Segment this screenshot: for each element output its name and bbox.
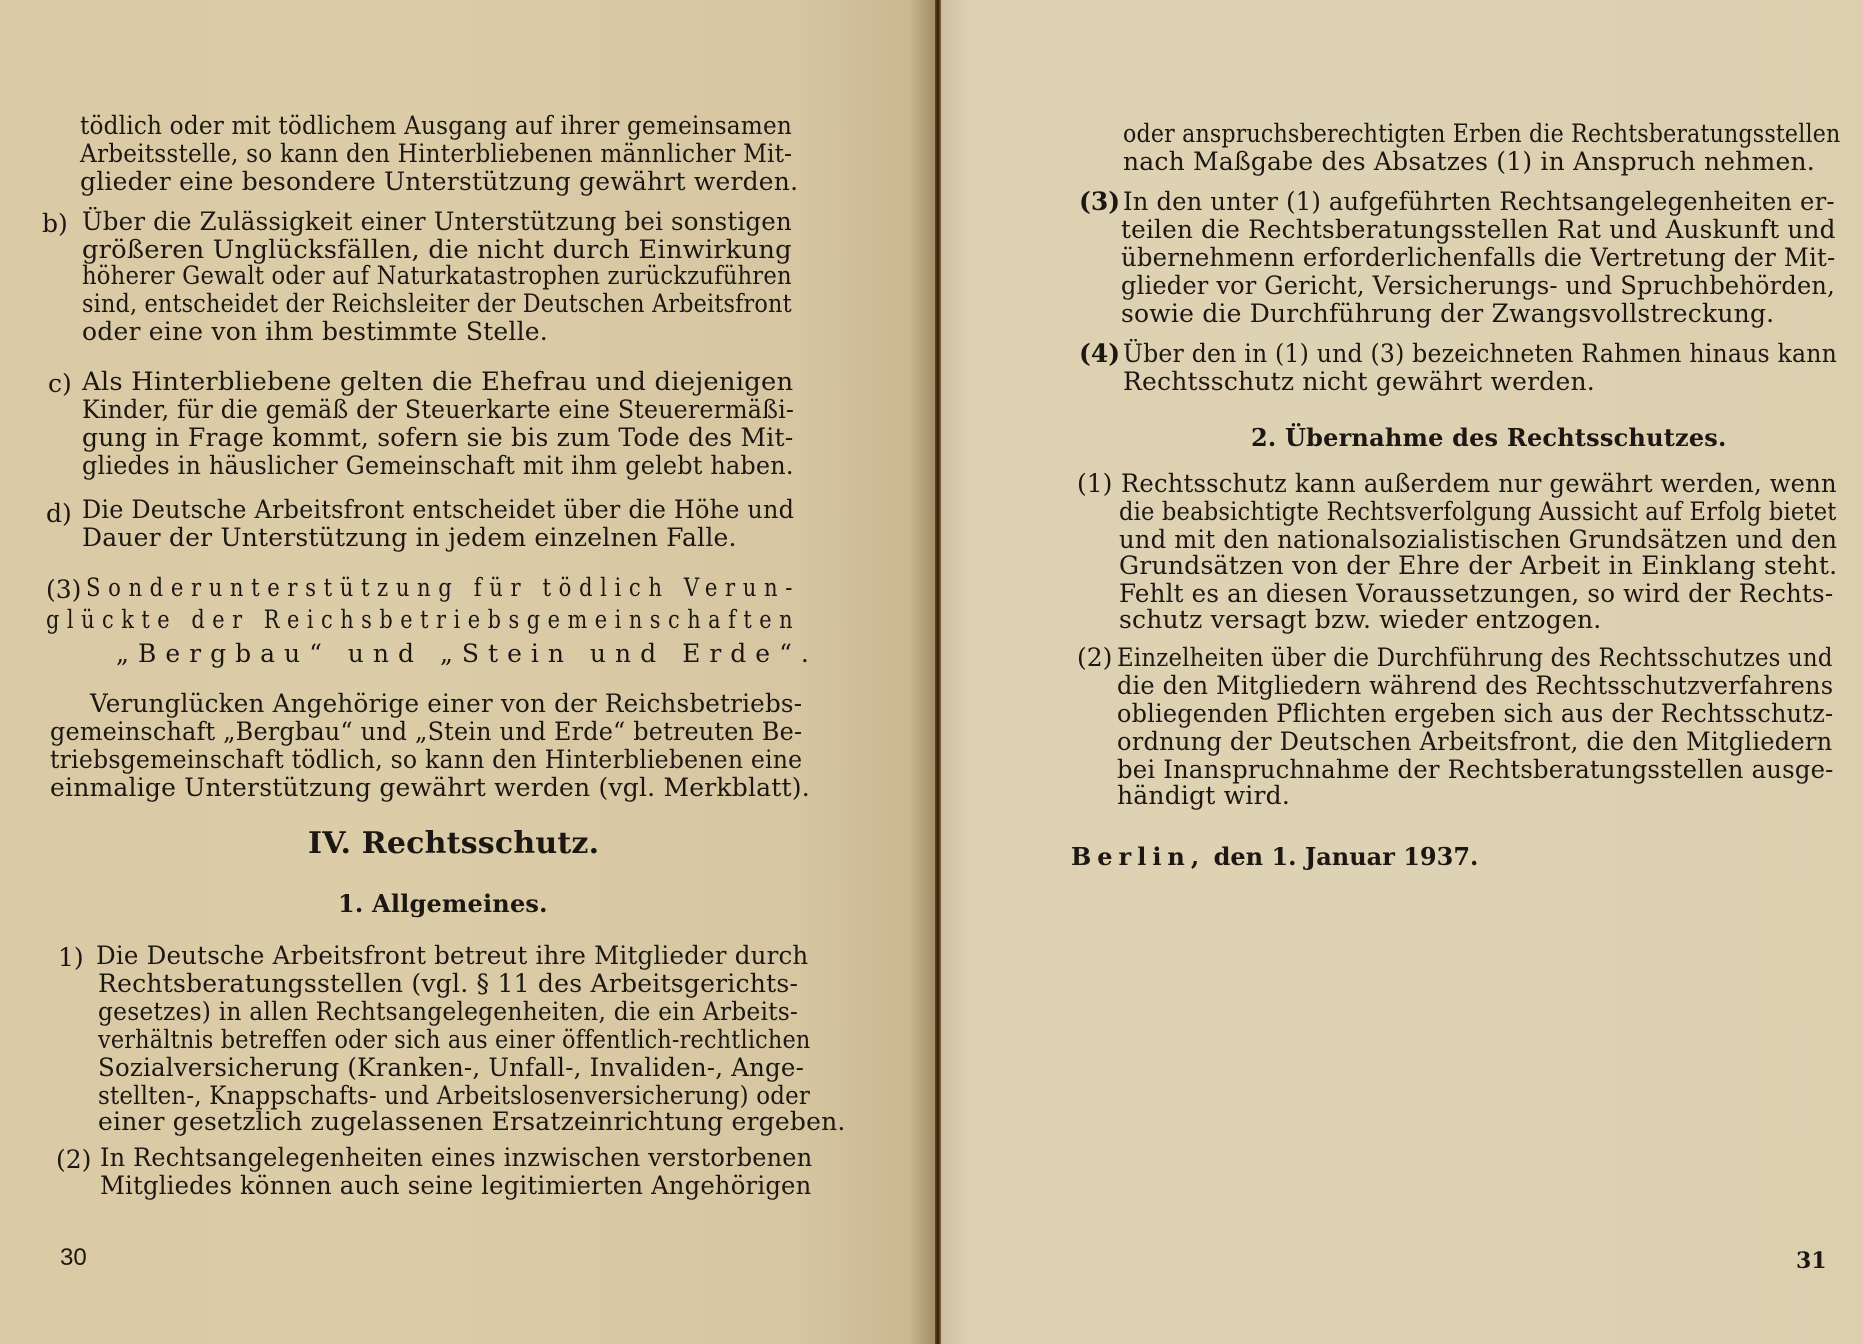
page-number: 31 <box>1796 1248 1827 1274</box>
text-line: oder eine von ihm bestimmte Stelle. <box>82 318 548 346</box>
text-line: Grundsätzen von der Ehre der Arbeit in E… <box>1119 552 1837 580</box>
text-line: teilen die Rechtsberatungsstellen Rat un… <box>1121 216 1836 244</box>
text-line: triebsgemeinschaft tödlich, so kann den … <box>50 746 802 774</box>
text-line: glieder vor Gericht, Versicherungs- und … <box>1121 272 1835 300</box>
item-label-1: 1) <box>58 944 84 972</box>
item-label-b: b) <box>42 210 68 238</box>
dateline-place: Berlin, <box>1071 842 1205 871</box>
page-number: 30 <box>60 1244 87 1272</box>
subsection-heading: 2. Übernahme des Rechtsschutzes. <box>1251 424 1727 452</box>
text-line: stellten-, Knappschafts- und Arbeitslose… <box>98 1082 810 1110</box>
text-line: glieder eine besondere Unterstützung gew… <box>80 168 798 196</box>
text-line: einmalige Unterstützung gewährt werden (… <box>50 774 810 802</box>
text-line: gung in Frage kommt, sofern sie bis zum … <box>82 424 793 452</box>
text-line: einer gesetzlich zugelassenen Ersatzeinr… <box>98 1108 846 1136</box>
text-line: Fehlt es an diesen Voraussetzungen, so w… <box>1119 580 1833 608</box>
text-line: In Rechtsangelegenheiten eines inzwische… <box>100 1144 812 1172</box>
text-line: ordnung der Deutschen Arbeitsfront, die … <box>1117 728 1832 756</box>
section-heading: IV. Rechtsschutz. <box>308 830 599 858</box>
text-line: händigt wird. <box>1117 782 1290 810</box>
text-line: Über den in (1) und (3) bezeichneten Rah… <box>1123 340 1837 368</box>
text-line: bei Inanspruchnahme der Rechtsberatungss… <box>1117 756 1834 784</box>
text-line: In den unter (1) aufgeführten Rechtsange… <box>1123 188 1835 216</box>
text-line: Arbeitsstelle, so kann den Hinterblieben… <box>80 140 792 168</box>
dateline: Berlin, den 1. Januar 1937. <box>1071 842 1478 871</box>
text-line: Rechtsschutz kann außerdem nur gewährt w… <box>1121 470 1837 498</box>
text-line: Rechtsberatungsstellen (vgl. § 11 des Ar… <box>98 970 798 998</box>
item-label-c: c) <box>48 370 72 398</box>
text-line: höherer Gewalt oder auf Naturkatastrophe… <box>82 262 792 290</box>
item-label-1: (1) <box>1077 470 1112 498</box>
text-line: sind, entscheidet der Reichsleiter der D… <box>82 290 792 318</box>
text-line: gesetzes) in allen Rechtsangelegenheiten… <box>98 998 798 1026</box>
text-line: Verunglücken Angehörige einer von der Re… <box>90 690 802 718</box>
text-line: Die Deutsche Arbeitsfront entscheidet üb… <box>82 496 794 524</box>
text-line: die beabsichtigte Rechtsverfolgung Aussi… <box>1119 498 1837 526</box>
text-line: Sonderunterstützung für tödlich Verun- <box>86 574 800 602</box>
text-line: Die Deutsche Arbeitsfront betreut ihre M… <box>96 942 808 970</box>
dateline-date: den 1. Januar 1937. <box>1214 842 1479 871</box>
text-line: gemeinschaft „Bergbau“ und „Stein und Er… <box>50 718 802 746</box>
right-page: oder anspruchsberechtigten Erben die Rec… <box>941 0 1862 1344</box>
text-line: glückte der Reichsbetriebsgemeinschaften <box>46 606 800 634</box>
text-line: nach Maßgabe des Absatzes (1) in Anspruc… <box>1123 148 1815 176</box>
text-line: und mit den nationalsozialistischen Grun… <box>1119 526 1837 554</box>
text-line: Sozialversicherung (Kranken-, Unfall-, I… <box>98 1054 804 1082</box>
text-line: gliedes in häuslicher Gemeinschaft mit i… <box>82 452 794 480</box>
text-line: Als Hinterbliebene gelten die Ehefrau un… <box>82 368 793 396</box>
text-line: verhältnis betreffen oder sich aus einer… <box>98 1026 811 1054</box>
section-label-3: (3) <box>46 576 81 604</box>
subsection-heading: 1. Allgemeines. <box>338 890 548 918</box>
item-label-d: d) <box>46 500 72 528</box>
item-label-3: (3) <box>1079 188 1120 216</box>
text-line: sowie die Durchführung der Zwangsvollstr… <box>1121 300 1774 328</box>
item-label-4: (4) <box>1079 340 1120 368</box>
text-line: Über die Zulässigkeit einer Unterstützun… <box>82 208 792 236</box>
text-line: übernehmenn erforderlichenfalls die Vert… <box>1121 244 1835 272</box>
text-line: Rechtsschutz nicht gewährt werden. <box>1123 368 1595 396</box>
text-line: schutz versagt bzw. wieder entzogen. <box>1119 606 1601 634</box>
item-label-2: (2) <box>56 1146 91 1174</box>
left-page: tödlich oder mit tödlichem Ausgang auf i… <box>0 0 937 1344</box>
text-line: Einzelheiten über die Durchführung des R… <box>1117 644 1833 672</box>
text-line: obliegenden Pflichten ergeben sich aus d… <box>1117 700 1833 728</box>
text-line: Mitgliedes können auch seine legitimiert… <box>100 1172 811 1200</box>
text-line: die den Mitgliedern während des Rechtssc… <box>1117 672 1833 700</box>
text-line: Kinder, für die gemäß der Steuerkarte ei… <box>82 396 794 424</box>
item-label-2: (2) <box>1077 644 1112 672</box>
text-line: tödlich oder mit tödlichem Ausgang auf i… <box>80 112 792 140</box>
text-line: oder anspruchsberechtigten Erben die Rec… <box>1123 120 1840 148</box>
text-line: Dauer der Unterstützung in jedem einzeln… <box>82 524 737 552</box>
text-line: größeren Unglücksfällen, die nicht durch… <box>82 236 792 264</box>
text-line: „Bergbau“ und „Stein und Erde“. <box>116 640 818 668</box>
